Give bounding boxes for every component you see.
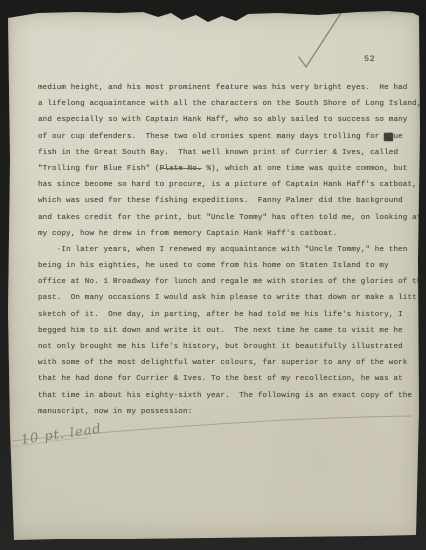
typed-line: and takes credit for the print, but "Unc… [38, 210, 414, 226]
typed-line: "Trolling for Blue Fish" (Plate No. %), … [38, 161, 414, 177]
typed-line: being in his eighties, he used to come f… [38, 258, 414, 274]
typed-text: medium height, and his most prominent fe… [38, 80, 414, 420]
typed-line: past. On many occasions I would ask him … [38, 290, 414, 306]
typed-line: that he had done for Currier & Ives. To … [38, 371, 414, 387]
typed-line: that time in about his eighty-sixth year… [38, 388, 414, 404]
typed-line: medium height, and his most prominent fe… [38, 80, 414, 96]
typed-line: of our cup defenders. These two old cron… [38, 129, 414, 145]
typed-line: my copy, how he drew in from memory Capt… [38, 226, 414, 242]
pencil-checkmark-icon [299, 13, 341, 67]
typed-line: and especially so with Captain Hank Haff… [38, 112, 414, 128]
typed-line: has since become so hard to procure, is … [38, 177, 414, 193]
typed-line: office at No. 1 Broadway for lunch and r… [38, 274, 414, 290]
page-number: 52 [364, 54, 375, 64]
handwritten-note: 10 pt. lead [20, 422, 103, 448]
manuscript-page: 52 medium height, and his most prominent… [8, 10, 420, 540]
typed-line: sketch of it. One day, in parting, after… [38, 307, 414, 323]
typed-line: with some of the most delightful water c… [38, 355, 414, 371]
typed-line: -In later years, when I renewed my acqua… [38, 242, 414, 258]
typed-line: manuscript, now in my possession: [38, 404, 414, 420]
typed-line: begged him to sit down and write it out.… [38, 323, 414, 339]
typed-line: which was used for these fishing expedit… [38, 193, 414, 209]
typed-line: a lifelong acquaintance with all the cha… [38, 96, 414, 112]
typed-line: not only brought me his life's history, … [38, 339, 414, 355]
typed-line: fish in the Great South Bay. That well k… [38, 145, 414, 161]
